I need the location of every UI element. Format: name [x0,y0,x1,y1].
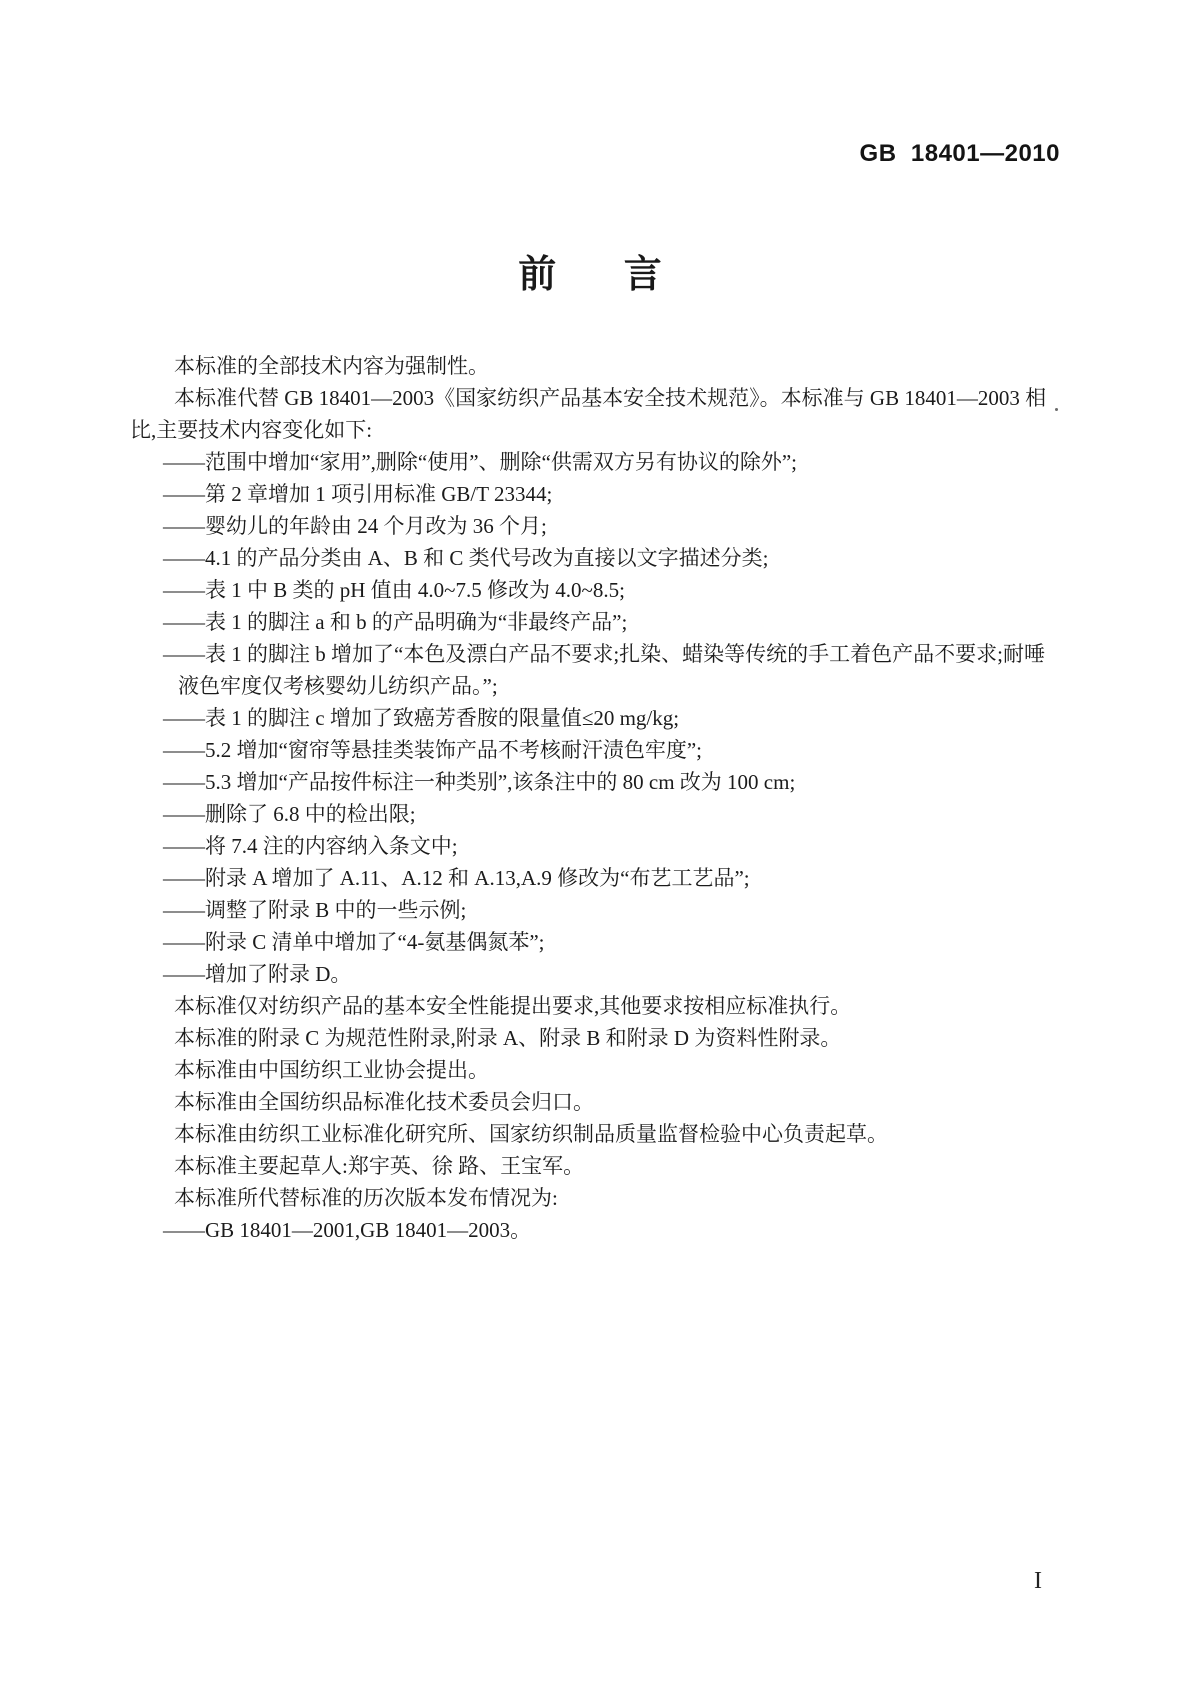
text-line: ——附录 C 清单中增加了“4-氨基偶氮苯”; [130,926,1070,958]
text-line: 比,主要技术内容变化如下: [130,414,1070,446]
text-line: 本标准由纺织工业标准化研究所、国家纺织制品质量监督检验中心负责起草。 [130,1118,1070,1150]
text-line: 本标准的全部技术内容为强制性。 [130,350,1070,382]
text-line: ——4.1 的产品分类由 A、B 和 C 类代号改为直接以文字描述分类; [130,542,1070,574]
text-line: 本标准代替 GB 18401—2003《国家纺织产品基本安全技术规范》。本标准与… [130,382,1070,414]
text-line: 本标准主要起草人:郑宇英、徐 路、王宝军。 [130,1150,1070,1182]
text-line: ——附录 A 增加了 A.11、A.12 和 A.13,A.9 修改为“布艺工艺… [130,862,1070,894]
document-body: 本标准的全部技术内容为强制性。本标准代替 GB 18401—2003《国家纺织产… [130,350,1070,1246]
document-page: GB 18401—2010 前 言 本标准的全部技术内容为强制性。本标准代替 G… [0,0,1200,1697]
text-line: 本标准由中国纺织工业协会提出。 [130,1054,1070,1086]
text-line: ——5.2 增加“窗帘等悬挂类装饰产品不考核耐汗渍色牢度”; [130,734,1070,766]
text-line: ——删除了 6.8 中的检出限; [130,798,1070,830]
text-line: ——表 1 中 B 类的 pH 值由 4.0~7.5 修改为 4.0~8.5; [130,574,1070,606]
page-title-char-1: 前 [518,254,556,296]
text-line: ——表 1 的脚注 b 增加了“本色及漂白产品不要求;扎染、蜡染等传统的手工着色… [130,638,1070,670]
text-line: ——第 2 章增加 1 项引用标准 GB/T 23344; [130,478,1070,510]
text-line: 本标准由全国纺织品标准化技术委员会归口。 [130,1086,1070,1118]
page-title: 前 言 [0,243,1180,298]
standard-number: GB 18401—2010 [0,140,1060,168]
text-line: ——5.3 增加“产品按件标注一种类别”,该条注中的 80 cm 改为 100 … [130,766,1070,798]
page-title-char-2: 言 [624,254,662,296]
scan-speck [1055,408,1058,411]
text-line: ——范围中增加“家用”,删除“使用”、删除“供需双方另有协议的除外”; [130,446,1070,478]
text-line: ——增加了附录 D。 [130,958,1070,990]
text-line: 本标准的附录 C 为规范性附录,附录 A、附录 B 和附录 D 为资料性附录。 [130,1022,1070,1054]
text-line: ——GB 18401—2001,GB 18401—2003。 [130,1214,1070,1246]
text-line: 本标准仅对纺织产品的基本安全性能提出要求,其他要求按相应标准执行。 [130,990,1070,1022]
text-line: 本标准所代替标准的历次版本发布情况为: [130,1182,1070,1214]
page-number: I [1034,1568,1042,1595]
text-line: ——将 7.4 注的内容纳入条文中; [130,830,1070,862]
text-line: 液色牢度仅考核婴幼儿纺织产品。”; [130,670,1070,702]
text-line: ——表 1 的脚注 c 增加了致癌芳香胺的限量值≤20 mg/kg; [130,702,1070,734]
text-line: ——婴幼儿的年龄由 24 个月改为 36 个月; [130,510,1070,542]
text-line: ——调整了附录 B 中的一些示例; [130,894,1070,926]
text-line: ——表 1 的脚注 a 和 b 的产品明确为“非最终产品”; [130,606,1070,638]
